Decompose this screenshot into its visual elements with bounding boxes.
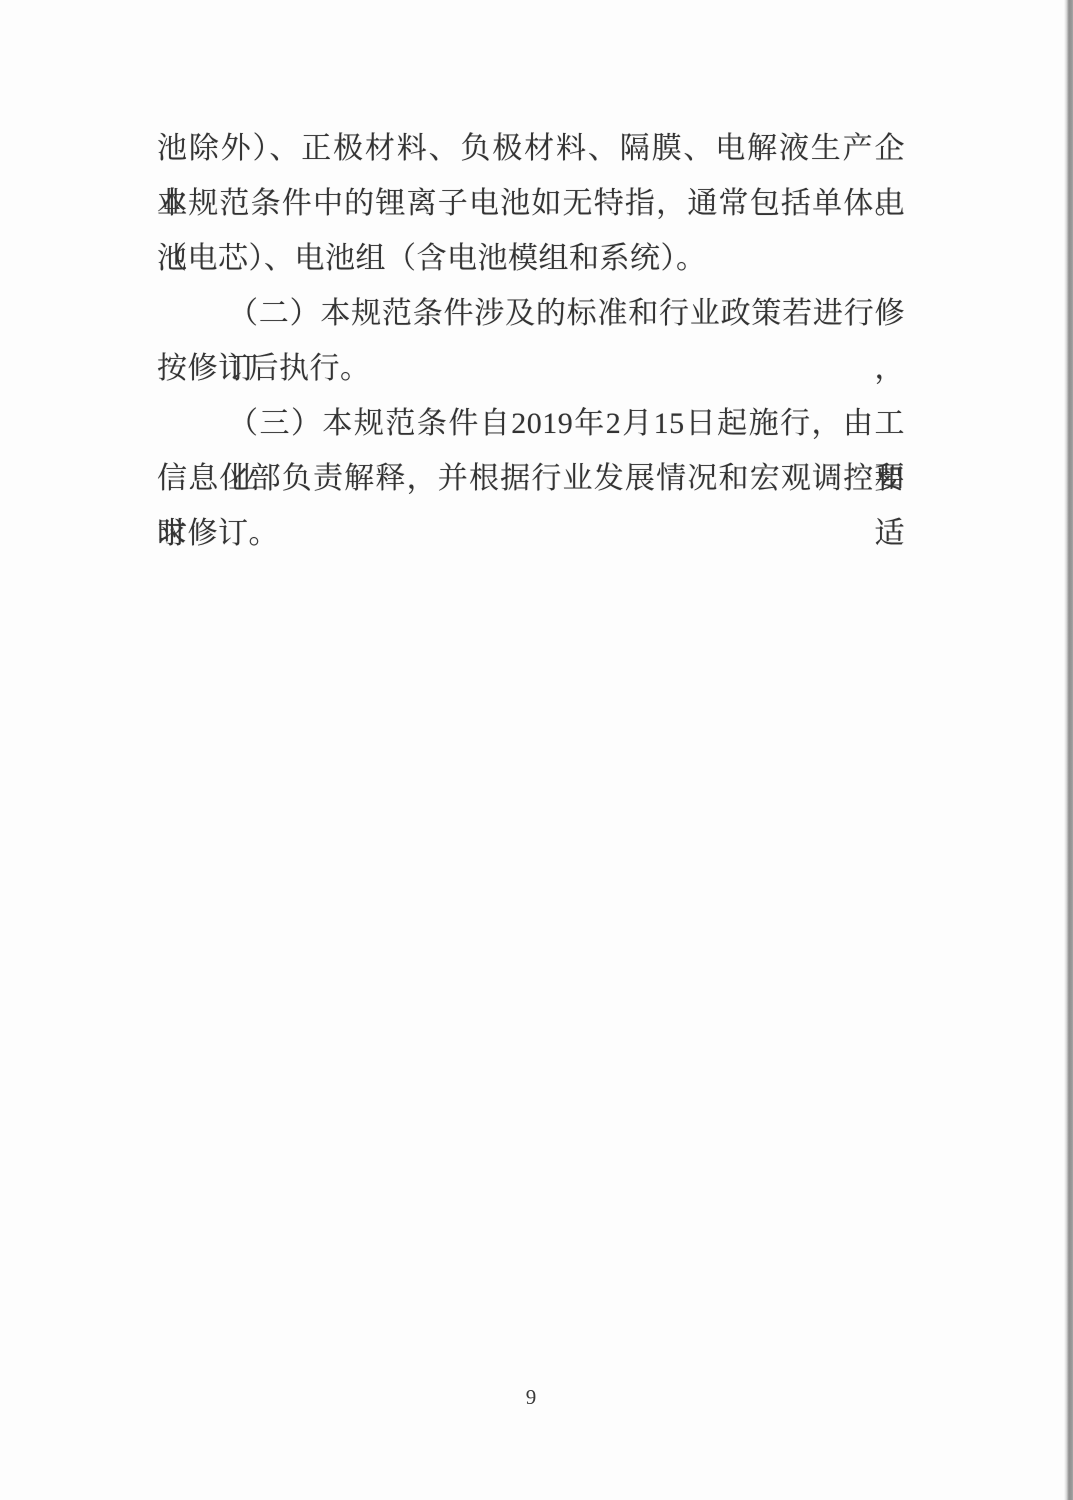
- text-line: 信息化部负责解释，并根据行业发展情况和宏观调控要求适: [157, 451, 905, 506]
- text-line: （三）本规范条件自2019年2月15日起施行，由工业和: [157, 396, 905, 451]
- text-line: 池除外）、正极材料、负极材料、隔膜、电解液生产企业。: [157, 121, 905, 176]
- page-number: 9: [481, 1385, 581, 1409]
- text-line: 本规范条件中的锂离子电池如无特指，通常包括单体电池: [157, 176, 905, 231]
- body-text: 池除外）、正极材料、负极材料、隔膜、电解液生产企业。 本规范条件中的锂离子电池如…: [157, 121, 905, 561]
- document-page: 池除外）、正极材料、负极材料、隔膜、电解液生产企业。 本规范条件中的锂离子电池如…: [0, 0, 1073, 1500]
- text-line: （电芯）、电池组（含电池模组和系统）。: [157, 231, 905, 286]
- page-edge-line: [1064, 0, 1073, 1500]
- text-line: （二）本规范条件涉及的标准和行业政策若进行修订，: [157, 286, 905, 341]
